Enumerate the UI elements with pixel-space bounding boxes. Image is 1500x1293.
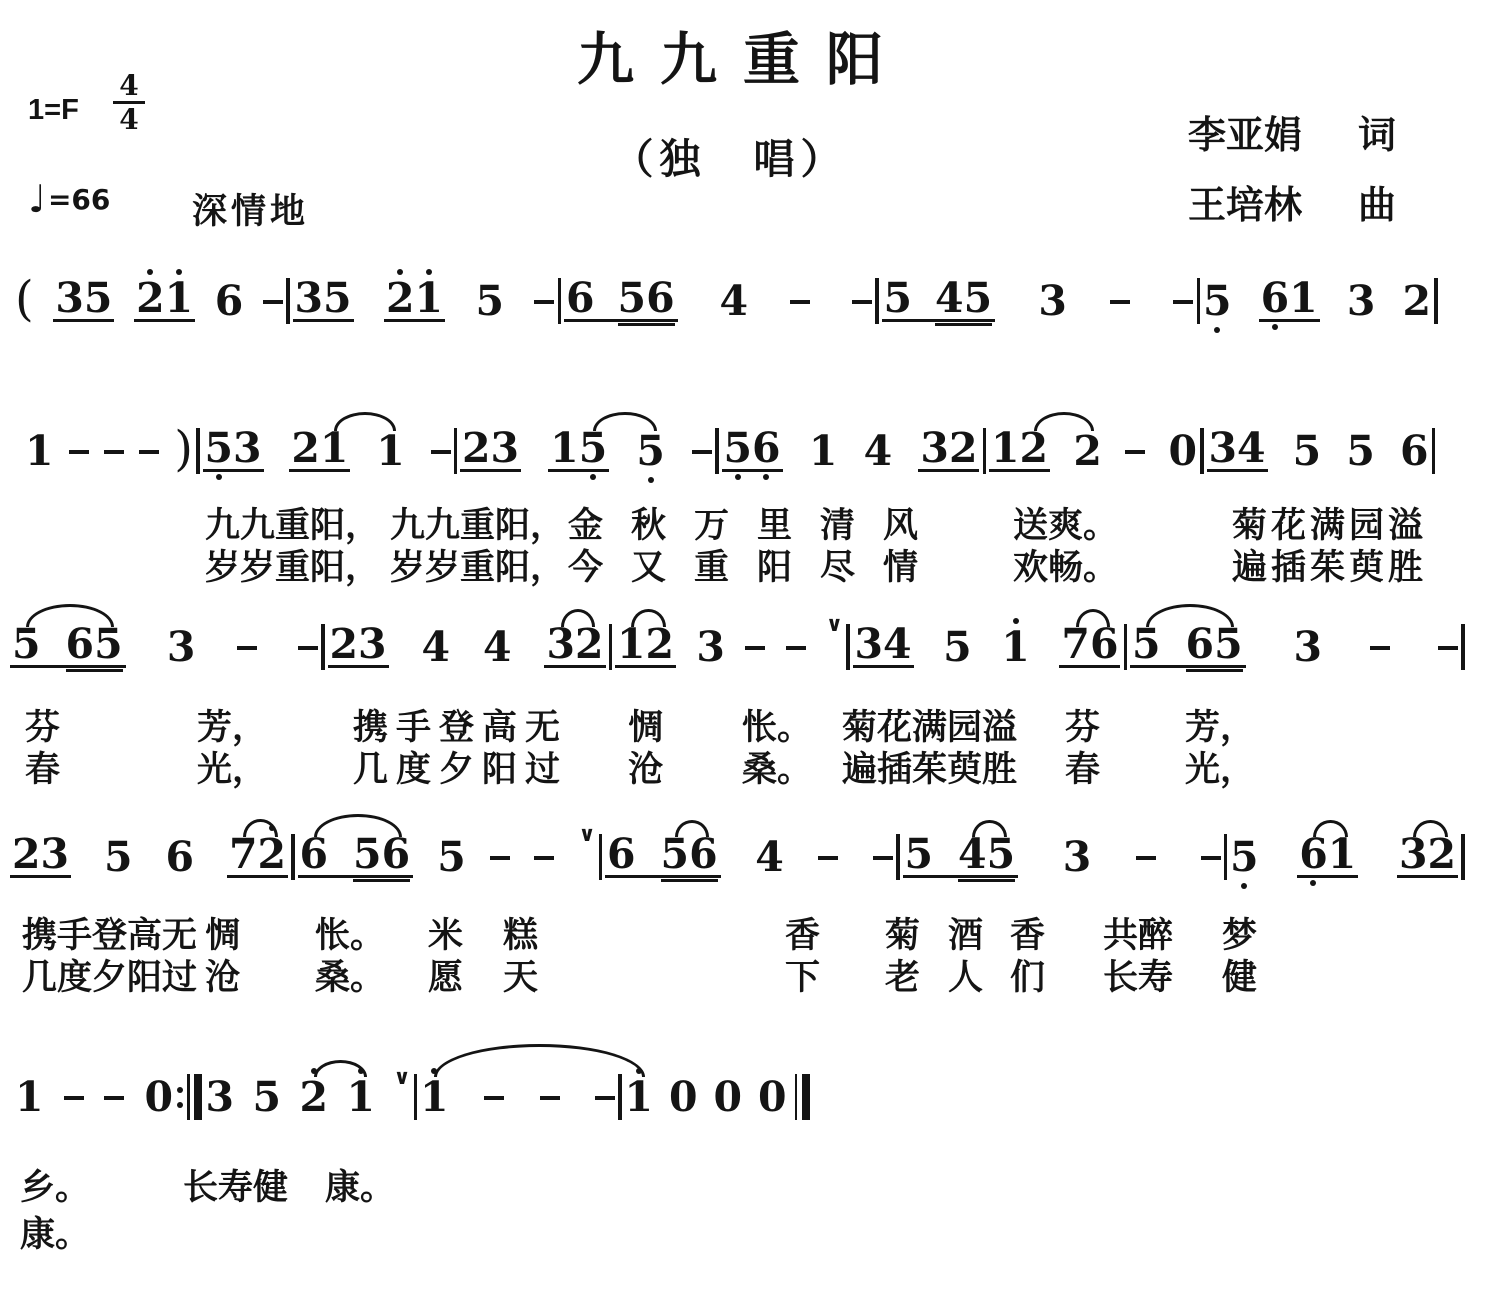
lyric-text: 沧: [205, 950, 240, 1000]
measure: 1): [25, 433, 193, 469]
note: 6: [1090, 626, 1119, 662]
measure: 23155: [460, 430, 712, 472]
beam-group: 61: [1259, 280, 1320, 322]
lyric-text: 春: [25, 742, 60, 792]
barline: [321, 624, 325, 670]
music-line: (35216352156564545356132: [15, 252, 1441, 324]
note: 2: [1427, 836, 1456, 872]
note: 6: [607, 836, 636, 872]
beam-group: 45: [957, 836, 1016, 872]
octave-dot-low: [1310, 880, 1316, 886]
beam-group: 565: [10, 626, 126, 668]
beam-group: 21: [289, 430, 350, 472]
note: 3: [1038, 283, 1067, 319]
measure: 35215: [293, 280, 555, 322]
slur-tie: [434, 1044, 645, 1077]
duration-dash: [64, 1096, 84, 1101]
lyric-text: 天: [503, 950, 538, 1000]
spacer: [41, 644, 65, 645]
lyric-text: 康。: [325, 1160, 395, 1210]
octave-dot-low: [763, 474, 769, 480]
music-line: 5653234432123∨3451765653: [10, 598, 1468, 670]
repeat-end-barline: [177, 1074, 202, 1120]
beam-group: 12: [989, 430, 1050, 472]
parenthesis: (: [15, 281, 34, 317]
lyric-text: 今又重阳尽情: [568, 540, 946, 590]
score: (352163521565645453561321)53211231555614…: [0, 0, 1500, 1293]
note: 5: [323, 280, 352, 316]
barline: [196, 428, 200, 474]
beam-group: 56: [352, 836, 411, 872]
lyric-text: 长寿: [1103, 950, 1173, 1000]
duration-dash: [1125, 450, 1145, 455]
note: 4: [864, 433, 893, 469]
note: 5: [1132, 626, 1161, 662]
beam-group: 34: [1207, 430, 1268, 472]
note: 1: [1001, 629, 1030, 665]
beam-group: 61: [1297, 836, 1358, 878]
note: 1: [376, 433, 405, 469]
duration-dash: [431, 450, 451, 455]
duration-dash: [1173, 300, 1193, 305]
note: 5: [1230, 839, 1259, 875]
beam-group: 656: [298, 836, 414, 878]
parenthesis: ): [174, 431, 193, 467]
duration-dash: [786, 646, 806, 651]
note: 2: [949, 430, 978, 466]
beam-group: 35: [293, 280, 354, 322]
music-line: 2356726565∨6564545356132: [10, 808, 1468, 880]
note: 6: [689, 836, 718, 872]
lyric-text: 春: [1065, 742, 1100, 792]
note: 6: [66, 626, 95, 662]
measure: 6564: [605, 836, 893, 878]
beam-group: 21: [134, 280, 195, 322]
note: 4: [958, 836, 987, 872]
note: 5: [1203, 283, 1232, 319]
note: 4: [422, 629, 451, 665]
note: 3: [855, 626, 884, 662]
duration-dash: [237, 646, 257, 651]
lyric-text: 康。: [20, 1207, 90, 1257]
beam-group: 656: [564, 280, 678, 322]
note: 0: [758, 1079, 787, 1115]
barline: [286, 278, 290, 324]
spacer: [912, 298, 934, 299]
note: 3: [1209, 430, 1238, 466]
breath-mark: ∨: [826, 612, 843, 636]
note: 1: [165, 280, 194, 316]
note: 6: [1400, 433, 1429, 469]
barline: [983, 428, 987, 474]
beam-group: 23: [460, 430, 521, 472]
note: 5: [1293, 433, 1322, 469]
duration-dash: [69, 450, 89, 455]
note: 3: [295, 280, 324, 316]
note: 1: [625, 1079, 654, 1115]
measure: 5453: [903, 836, 1221, 878]
note: 5: [476, 283, 505, 319]
slur-tie: [593, 412, 657, 431]
measure: 3521∨: [206, 1079, 411, 1115]
octave-dot-high: [1013, 618, 1019, 624]
beam-group: 12: [615, 626, 676, 668]
note: 5: [1346, 433, 1375, 469]
spacer: [595, 298, 617, 299]
duration-dash: [484, 1096, 504, 1101]
note: 4: [883, 626, 912, 662]
duration-dash: [1201, 856, 1221, 861]
beam-group: 656: [605, 836, 721, 878]
note: 5: [661, 836, 690, 872]
octave-dot-low: [1214, 327, 1220, 333]
note: 6: [382, 836, 411, 872]
note: 2: [257, 836, 286, 872]
duration-dash: [534, 300, 554, 305]
duration-dash: [263, 300, 283, 305]
measure: 5653: [10, 626, 318, 668]
note: 2: [299, 1079, 328, 1115]
measure: (35216: [15, 280, 283, 322]
note: 2: [462, 430, 491, 466]
note: 5: [884, 280, 913, 316]
note: 5: [964, 280, 993, 316]
barline: [609, 624, 613, 670]
note: 1: [320, 430, 349, 466]
octave-dot-high: [176, 269, 182, 275]
note: 2: [1020, 430, 1049, 466]
note: 6: [300, 836, 329, 872]
note: 1: [420, 1079, 449, 1115]
repeat-dot: [177, 1102, 183, 1108]
note: 1: [991, 430, 1020, 466]
duration-dash: [790, 300, 810, 305]
note: 6: [1186, 626, 1215, 662]
measure: 123∨: [615, 626, 843, 668]
note: 2: [12, 836, 41, 872]
note: 6: [646, 280, 675, 316]
barline: [1461, 834, 1465, 880]
lyric-text: 欢畅。: [1013, 540, 1118, 590]
note: 4: [1237, 430, 1266, 466]
slur-tie: [314, 814, 402, 837]
beam-group: 545: [882, 280, 996, 322]
note: 5: [987, 836, 1016, 872]
beam-group: 32: [918, 430, 979, 472]
note: 5: [252, 1079, 281, 1115]
beam-group: 65: [1185, 626, 1244, 662]
barline: [1200, 428, 1204, 474]
barline: [618, 1074, 622, 1120]
bar-thick: [802, 1074, 810, 1120]
note: 5: [1214, 626, 1243, 662]
beam-group: 56: [722, 430, 783, 472]
note: 0: [144, 1079, 173, 1115]
note: 1: [1289, 280, 1318, 316]
note: 2: [1402, 283, 1431, 319]
barline: [715, 428, 719, 474]
note: 1: [346, 1079, 375, 1115]
music-line: 103521∨11000: [15, 1048, 810, 1120]
beam-group: 45: [934, 280, 993, 316]
lyric-text: 光，: [1185, 742, 1255, 792]
measure: 5653: [1130, 626, 1458, 668]
duration-dash: [852, 300, 872, 305]
sheet-music-page: { "header": { "key": "1=F", "meter_num":…: [0, 0, 1500, 1293]
octave-dot-high: [426, 269, 432, 275]
slur-tie: [1034, 412, 1094, 431]
barline: [558, 278, 562, 324]
lyric-text: 人: [948, 950, 983, 1000]
octave-dot-low: [735, 474, 741, 480]
duration-dash: [298, 646, 318, 651]
note: 1: [1328, 836, 1357, 872]
lyric-text: 几度夕阳过: [353, 742, 568, 792]
lyric-text: 桑。: [742, 742, 812, 792]
lyric-text: 沧: [628, 742, 663, 792]
note: 1: [15, 1079, 44, 1115]
duration-dash: [139, 450, 159, 455]
measure: 561432: [722, 430, 980, 472]
beam-group: 565: [1130, 626, 1246, 668]
note: 4: [720, 283, 749, 319]
slur-tie: [561, 609, 596, 627]
octave-dot-low: [1241, 883, 1247, 889]
barline: [1434, 278, 1438, 324]
lyric-text: 光，: [197, 742, 267, 792]
note: 3: [358, 626, 387, 662]
note: 0: [713, 1079, 742, 1115]
duration-dash: [104, 1096, 124, 1101]
slur-tie: [1413, 820, 1448, 837]
note: 5: [94, 626, 123, 662]
note: 3: [696, 629, 725, 665]
slur-tie: [631, 609, 666, 627]
beam-group: 32: [1397, 836, 1458, 878]
note: 6: [566, 280, 595, 316]
note: 5: [353, 836, 382, 872]
lyric-text: 遍插茱萸胜: [842, 742, 1017, 792]
lyric-text: 遍插茱萸胜: [1232, 540, 1427, 590]
octave-dot-low: [1272, 324, 1278, 330]
note: 7: [1061, 626, 1090, 662]
octave-dot-high: [147, 269, 153, 275]
duration-dash: [534, 856, 554, 861]
duration-dash: [1110, 300, 1130, 305]
slur-tie: [26, 604, 114, 627]
slur-tie: [1076, 609, 1111, 627]
beam-group: 32: [544, 626, 605, 668]
note: 2: [646, 626, 675, 662]
barline: [414, 1074, 418, 1120]
bar-thin: [795, 1074, 798, 1120]
note: 5: [618, 280, 647, 316]
note: 4: [483, 629, 512, 665]
lyric-text: 桑。: [315, 950, 385, 1000]
duration-dash: [1438, 646, 1458, 651]
note: 4: [755, 839, 784, 875]
duration-dash: [692, 450, 712, 455]
duration-dash: [745, 646, 765, 651]
barline: [454, 428, 458, 474]
note: 5: [724, 430, 753, 466]
repeat-dots: [177, 1087, 183, 1108]
note: 2: [575, 626, 604, 662]
duration-dash: [490, 856, 510, 861]
barline: [1124, 624, 1128, 670]
beam-group: 56: [660, 836, 719, 872]
barline: [896, 834, 900, 880]
lyric-text: 岁岁重阳，: [390, 540, 565, 590]
note: 5: [12, 626, 41, 662]
slur-tie: [1313, 820, 1348, 837]
slur-tie: [243, 819, 278, 837]
measure: 1: [420, 1079, 615, 1115]
note: 3: [491, 430, 520, 466]
note: 2: [291, 430, 320, 466]
note: 3: [167, 629, 196, 665]
note: 6: [215, 283, 244, 319]
beam-group: 65: [65, 626, 124, 662]
measure: 56132: [1203, 280, 1431, 322]
slur-tie: [675, 820, 710, 837]
note: 5: [84, 280, 113, 316]
note: 2: [330, 626, 359, 662]
note: 3: [41, 836, 70, 872]
note: 3: [55, 280, 84, 316]
note: 3: [1399, 836, 1428, 872]
barline: [1461, 624, 1465, 670]
duration-dash: [595, 1096, 615, 1101]
beam-group: 35: [53, 280, 114, 322]
spacer: [636, 854, 660, 855]
barline: [1197, 278, 1201, 324]
note: 5: [943, 629, 972, 665]
beam-group: 21: [384, 280, 445, 322]
note: 1: [415, 280, 444, 316]
note: 7: [229, 836, 258, 872]
note: 6: [165, 839, 194, 875]
barline: [1432, 428, 1436, 474]
duration-dash: [1370, 646, 1390, 651]
note: 1: [550, 430, 579, 466]
barline: [875, 278, 879, 324]
lyric-text: 们: [1010, 950, 1045, 1000]
note: 1: [25, 433, 54, 469]
measure: 6564: [564, 280, 872, 322]
octave-dot-high: [397, 269, 403, 275]
duration-dash: [1136, 856, 1156, 861]
note: 4: [935, 280, 964, 316]
slur-tie: [1146, 604, 1234, 627]
barline: [291, 834, 295, 880]
beam-group: 56: [617, 280, 676, 316]
measure: 6565∨: [298, 836, 596, 878]
note: 5: [437, 839, 466, 875]
lyric-text: 乡。: [20, 1160, 90, 1210]
note: 2: [136, 280, 165, 316]
duration-dash: [104, 450, 124, 455]
repeat-dot: [177, 1087, 183, 1093]
note: 6: [1261, 280, 1290, 316]
note: 0: [669, 1079, 698, 1115]
note: 6: [752, 430, 781, 466]
note: 3: [233, 430, 262, 466]
measure: 10: [15, 1079, 173, 1115]
duration-dash: [873, 856, 893, 861]
note: 5: [104, 839, 133, 875]
note: 3: [546, 626, 575, 662]
duration-dash: [540, 1096, 560, 1101]
music-line: 1)5321123155561432122034556: [25, 402, 1438, 474]
note: 1: [809, 433, 838, 469]
measure: 34556: [1207, 430, 1429, 472]
note: 5: [636, 433, 665, 469]
slur-tie: [972, 820, 1007, 837]
note: 2: [386, 280, 415, 316]
lyric-text: 下: [785, 950, 820, 1000]
lyric-text: 几度夕阳过: [22, 950, 197, 1000]
lyric-text: 健: [1222, 950, 1257, 1000]
note: 0: [1168, 433, 1197, 469]
measure: 234432: [328, 626, 606, 668]
octave-dot-low: [648, 477, 654, 483]
octave-dot-low: [216, 474, 222, 480]
note: 3: [920, 430, 949, 466]
beam-group: 72: [227, 836, 288, 878]
note: 3: [1347, 283, 1376, 319]
spacer: [933, 854, 957, 855]
note: 3: [206, 1079, 235, 1115]
note: 5: [579, 430, 608, 466]
slur-tie: [334, 412, 396, 431]
spacer: [328, 854, 352, 855]
note: 5: [905, 836, 934, 872]
spacer: [1161, 644, 1185, 645]
measure: 1000: [625, 1079, 787, 1115]
note: 1: [617, 626, 646, 662]
note: 6: [1299, 836, 1328, 872]
measure: 53211: [203, 430, 451, 472]
note: 3: [1063, 839, 1092, 875]
lyric-text: 愿: [428, 950, 463, 1000]
lyric-text: 长寿健: [183, 1160, 288, 1210]
barline: [1224, 834, 1228, 880]
beam-group: 15: [548, 430, 609, 472]
barline: [846, 624, 850, 670]
beam-group: 34: [853, 626, 914, 668]
slur-tie: [314, 1060, 367, 1077]
note: 3: [1294, 629, 1323, 665]
bar-thin: [187, 1074, 190, 1120]
note: 2: [1073, 433, 1102, 469]
measure: 56132: [1230, 836, 1458, 878]
measure: 1220: [989, 430, 1197, 472]
measure: 235672: [10, 836, 288, 878]
barline: [599, 834, 603, 880]
beam-group: 23: [328, 626, 389, 668]
duration-dash: [818, 856, 838, 861]
octave-dot-low: [590, 474, 596, 480]
breath-mark: ∨: [393, 1065, 410, 1089]
final-barline: [795, 1074, 811, 1120]
beam-group: 76: [1059, 626, 1120, 668]
measure: 5453: [882, 280, 1194, 322]
note: 5: [205, 430, 234, 466]
bar-thick: [194, 1074, 202, 1120]
measure: 345176: [853, 626, 1121, 668]
beam-group: 23: [10, 836, 71, 878]
